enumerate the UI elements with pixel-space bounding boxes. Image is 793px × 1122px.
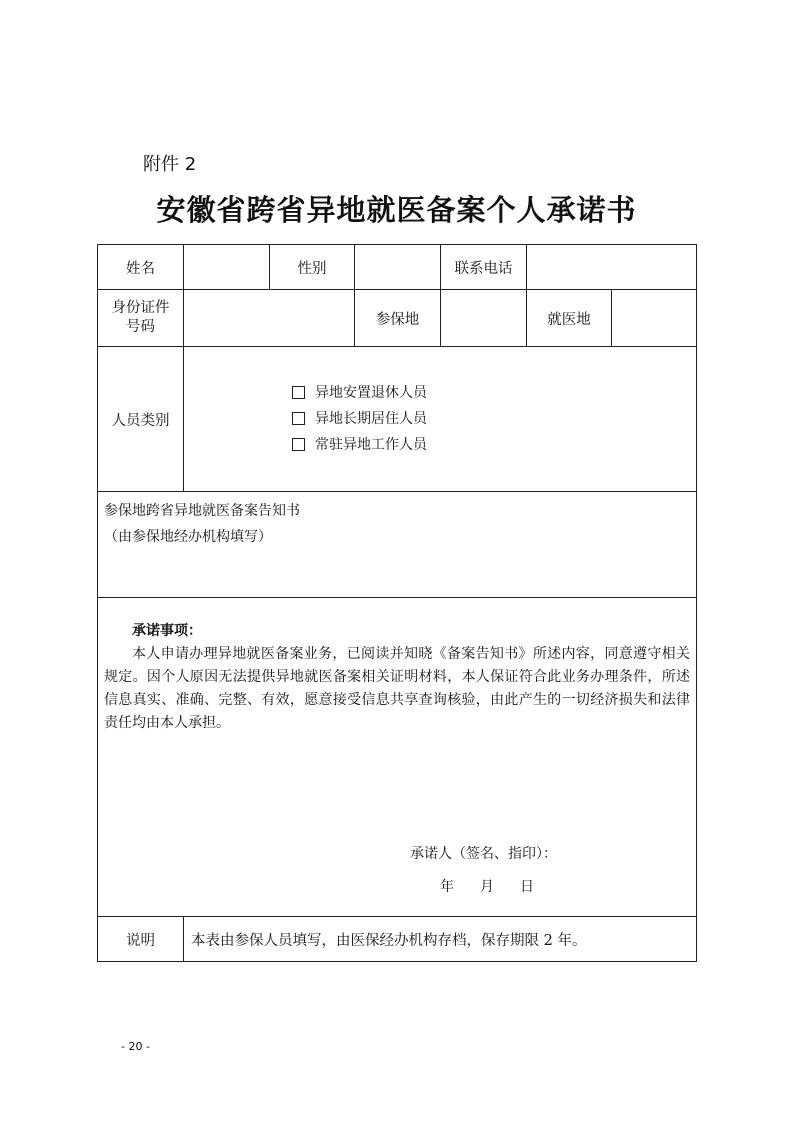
note-text: 本表由参保人员填写，由医保经办机构存档，保存期限 2 年。 xyxy=(184,917,696,961)
personnel-category-label: 人员类别 xyxy=(98,347,184,491)
medical-place-field[interactable] xyxy=(612,290,696,346)
insured-place-label: 参保地 xyxy=(355,290,441,346)
signer-label: 承诺人（签名、指印）： xyxy=(410,843,557,863)
insured-place-field[interactable] xyxy=(441,290,527,346)
phone-label: 联系电话 xyxy=(441,245,527,289)
checkbox-icon[interactable] xyxy=(292,386,305,399)
name-label: 姓名 xyxy=(98,245,184,289)
phone-field[interactable] xyxy=(527,245,696,289)
option-resident-worker[interactable]: 常驻异地工作人员 xyxy=(292,432,427,458)
personnel-category-options: 异地安置退休人员 异地长期居住人员 常驻异地工作人员 xyxy=(184,347,696,491)
id-number-field[interactable] xyxy=(184,290,355,346)
commitment-body: 本人申请办理异地就医备案业务，已阅读并知晓《备案告知书》所述内容，同意遵守相关规… xyxy=(104,643,690,735)
checkbox-icon[interactable] xyxy=(292,438,305,451)
sign-date: 年月日 xyxy=(440,876,560,896)
row-basic-info: 姓名 性别 联系电话 xyxy=(98,245,696,290)
attachment-label: 附件 2 xyxy=(143,150,196,176)
notice-title: 参保地跨省异地就医备案告知书 xyxy=(104,498,300,524)
note-label: 说明 xyxy=(98,917,184,961)
date-month: 月 xyxy=(480,879,494,895)
row-personnel-category: 人员类别 异地安置退休人员 异地长期居住人员 常驻异地工作人员 xyxy=(98,347,696,492)
option-resettled-retiree[interactable]: 异地安置退休人员 xyxy=(292,380,427,406)
filing-notice: 参保地跨省异地就医备案告知书 （由参保地经办机构填写） xyxy=(104,498,300,550)
option-long-term-resident[interactable]: 异地长期居住人员 xyxy=(292,406,427,432)
gender-label: 性别 xyxy=(270,245,355,289)
id-number-label: 身份证件 号码 xyxy=(98,290,184,346)
commitment-form-table: 姓名 性别 联系电话 身份证件 号码 参保地 就医地 人员类别 异地安置退休人员… xyxy=(97,244,697,962)
document-title: 安徽省跨省异地就医备案个人承诺书 xyxy=(0,188,793,229)
option-label: 常驻异地工作人员 xyxy=(315,437,427,453)
id-label-line2: 号码 xyxy=(126,318,155,337)
date-year: 年 xyxy=(440,879,454,895)
name-field[interactable] xyxy=(184,245,270,289)
id-label-line1: 身份证件 xyxy=(112,299,170,318)
option-label: 异地安置退休人员 xyxy=(315,385,427,401)
medical-place-label: 就医地 xyxy=(527,290,612,346)
date-day: 日 xyxy=(520,879,534,895)
page-number: - 20 - xyxy=(121,1040,150,1053)
commitment-heading: 承诺事项： xyxy=(104,620,690,643)
row-filing-notice: 参保地跨省异地就医备案告知书 （由参保地经办机构填写） xyxy=(98,492,696,598)
row-note: 说明 本表由参保人员填写，由医保经办机构存档，保存期限 2 年。 xyxy=(98,917,696,961)
checkbox-icon[interactable] xyxy=(292,412,305,425)
commitment-text: 承诺事项： 本人申请办理异地就医备案业务，已阅读并知晓《备案告知书》所述内容，同… xyxy=(104,620,690,735)
row-id-info: 身份证件 号码 参保地 就医地 xyxy=(98,290,696,347)
notice-subtitle: （由参保地经办机构填写） xyxy=(104,524,300,550)
option-label: 异地长期居住人员 xyxy=(315,411,427,427)
row-commitment: 承诺事项： 本人申请办理异地就医备案业务，已阅读并知晓《备案告知书》所述内容，同… xyxy=(98,598,696,917)
gender-field[interactable] xyxy=(355,245,441,289)
